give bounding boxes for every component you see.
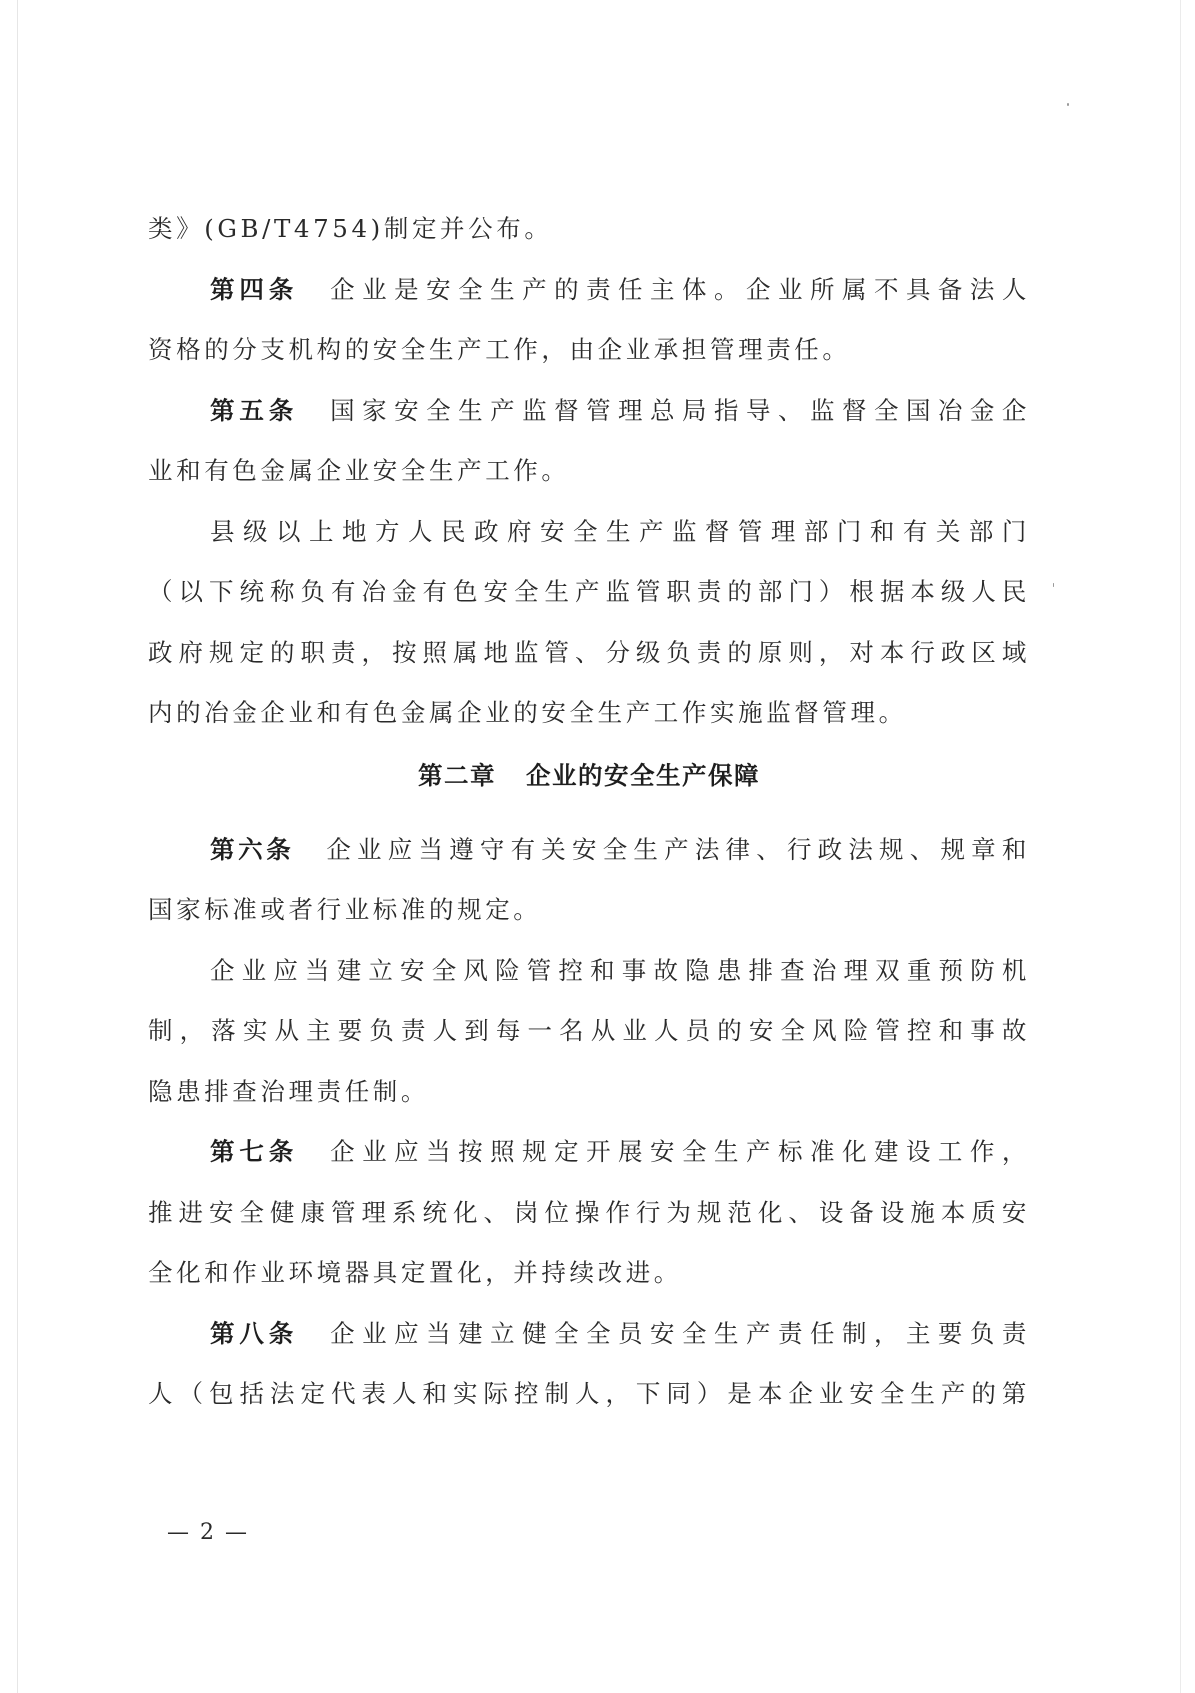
paragraph-text: （以下统称负有冶金有色安全生产监管职责的部门）根据本级人民 bbox=[148, 562, 1030, 623]
scan-artifact bbox=[1067, 103, 1069, 106]
paragraph-text: 县级以上地方人民政府安全生产监督管理部门和有关部门 bbox=[148, 502, 1030, 563]
article-text: 人（包括法定代表人和实际控制人，下同）是本企业安全生产的第 bbox=[148, 1364, 1030, 1425]
paragraph-text: 隐患排查治理责任制。 bbox=[148, 1062, 1030, 1123]
paragraph-text: 制，落实从主要负责人到每一名从业人员的安全风险管控和事故 bbox=[148, 1001, 1030, 1062]
article-text: 资格的分支机构的安全生产工作，由企业承担管理责任。 bbox=[148, 320, 1030, 381]
article-text: 企业应当建立健全全员安全生产责任制，主要负责 bbox=[330, 1319, 1030, 1348]
article-number: 第五条 bbox=[210, 396, 298, 425]
article-number: 第四条 bbox=[210, 275, 298, 304]
article-number: 第八条 bbox=[210, 1319, 298, 1348]
document-body: 类》(GB/T4754)制定并公布。 第四条企业是安全生产的责任主体。企业所属不… bbox=[148, 199, 1030, 1425]
article-text: 企业是安全生产的责任主体。企业所属不具备法人 bbox=[330, 275, 1030, 304]
paragraph-continuation: 类》(GB/T4754)制定并公布。 bbox=[148, 199, 1030, 260]
article-8: 第八条企业应当建立健全全员安全生产责任制，主要负责 人（包括法定代表人和实际控制… bbox=[148, 1304, 1030, 1425]
paragraph-text: 企业应当建立安全风险管控和事故隐患排查治理双重预防机 bbox=[148, 941, 1030, 1002]
paragraph-local-supervision: 县级以上地方人民政府安全生产监督管理部门和有关部门 （以下统称负有冶金有色安全生… bbox=[148, 502, 1030, 744]
article-text: 推进安全健康管理系统化、岗位操作行为规范化、设备设施本质安 bbox=[148, 1183, 1030, 1244]
scan-page-edge-left bbox=[17, 0, 18, 1693]
chapter-title: 企业的安全生产保障 bbox=[526, 761, 760, 790]
article-5: 第五条国家安全生产监督管理总局指导、监督全国冶金企 业和有色金属企业安全生产工作… bbox=[148, 381, 1030, 502]
article-text: 业和有色金属企业安全生产工作。 bbox=[148, 441, 1030, 502]
article-number: 第七条 bbox=[210, 1137, 298, 1166]
paragraph-text: 内的冶金企业和有色金属企业的安全生产工作实施监督管理。 bbox=[148, 683, 1030, 744]
page-number: — 2 — bbox=[167, 1520, 249, 1545]
article-text: 企业应当遵守有关安全生产法律、行政法规、规章和 bbox=[326, 835, 1030, 864]
article-6: 第六条企业应当遵守有关安全生产法律、行政法规、规章和 国家标准或者行业标准的规定… bbox=[148, 820, 1030, 941]
article-text: 国家标准或者行业标准的规定。 bbox=[148, 880, 1030, 941]
chapter-heading: 第二章企业的安全生产保障 bbox=[148, 744, 1030, 820]
chapter-number: 第二章 bbox=[418, 761, 496, 790]
scan-page-edge-right bbox=[1180, 0, 1181, 1693]
article-7: 第七条企业应当按照规定开展安全生产标准化建设工作， 推进安全健康管理系统化、岗位… bbox=[148, 1122, 1030, 1304]
paragraph-text: 政府规定的职责，按照属地监管、分级负责的原则，对本行政区域 bbox=[148, 623, 1030, 684]
article-text: 企业应当按照规定开展安全生产标准化建设工作， bbox=[330, 1137, 1030, 1166]
paragraph-dual-prevention: 企业应当建立安全风险管控和事故隐患排查治理双重预防机 制，落实从主要负责人到每一… bbox=[148, 941, 1030, 1123]
scan-artifact bbox=[1053, 583, 1054, 587]
article-text: 国家安全生产监督管理总局指导、监督全国冶金企 bbox=[330, 396, 1030, 425]
article-4: 第四条企业是安全生产的责任主体。企业所属不具备法人 资格的分支机构的安全生产工作… bbox=[148, 260, 1030, 381]
article-number: 第六条 bbox=[210, 835, 294, 864]
article-text: 全化和作业环境器具定置化，并持续改进。 bbox=[148, 1243, 1030, 1304]
